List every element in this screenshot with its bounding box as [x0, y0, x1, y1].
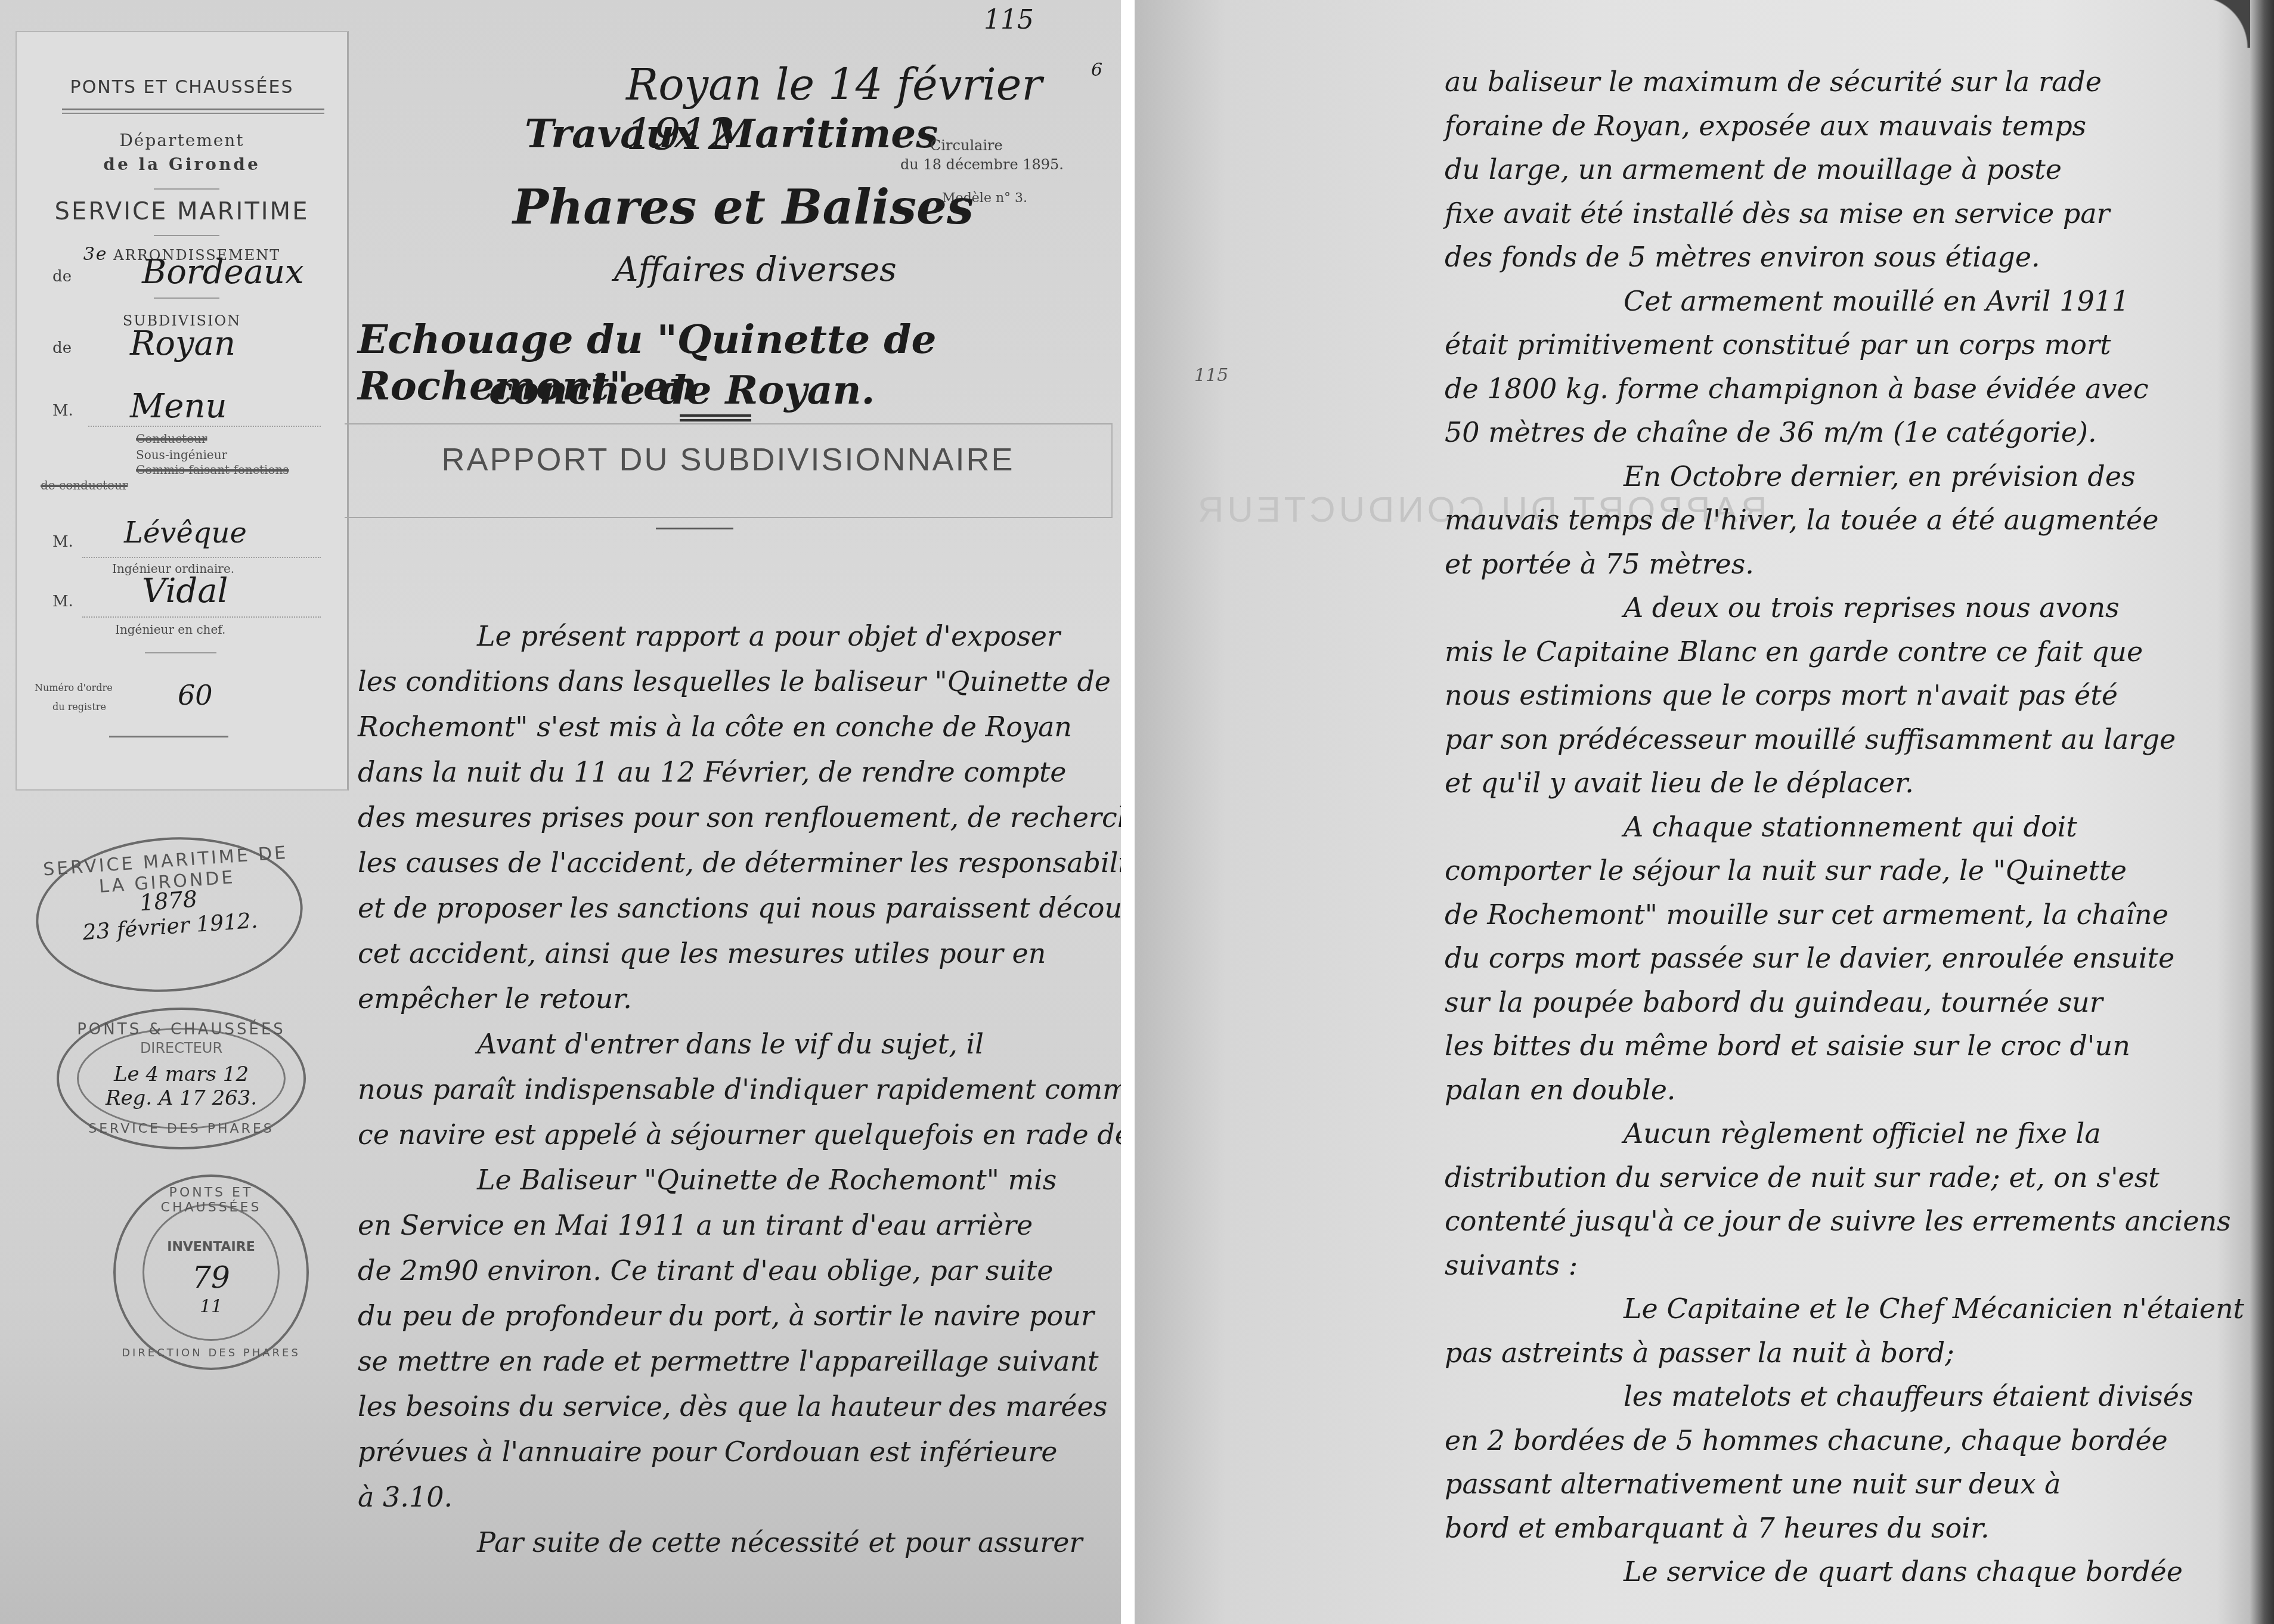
text-line: mauvais temps de l'hiver, la touée a été…	[1445, 504, 2159, 536]
text-line: Par suite de cette nécessité et pour ass…	[477, 1526, 1083, 1558]
text-line: les matelots et chauffeurs étaient divis…	[1624, 1380, 2194, 1412]
sous-ingenieur-label: Sous-ingénieur	[136, 448, 227, 462]
text-line: en 2 bordées de 5 hommes chacune, chaque…	[1445, 1424, 2168, 1456]
report-title-line-2: conche de Royan.	[489, 367, 875, 413]
text-line: au baliseur le maximum de sécurité sur l…	[1445, 66, 2102, 98]
divider	[109, 736, 228, 737]
text-line: et qu'il y avait lieu de le déplacer.	[1445, 767, 1914, 799]
text-line: contenté jusqu'à ce jour de suivre les e…	[1445, 1205, 2231, 1237]
divider	[154, 235, 219, 236]
text-line: empêcher le retour.	[358, 983, 632, 1015]
text-line: des fonds de 5 mètres environ sous étiag…	[1445, 241, 2040, 273]
text-line: 50 mètres de chaîne de 36 m/m (1e catégo…	[1445, 416, 2097, 448]
category-title: Affaires diverses	[614, 250, 897, 289]
text-line: par son prédécesseur mouillé suffisammen…	[1445, 723, 2176, 755]
double-rule	[62, 109, 324, 114]
text-line: nous estimions que le corps mort n'avait…	[1445, 679, 2118, 711]
struck-de-conducteur: de conducteur	[41, 478, 128, 492]
text-line: comporter le séjour la nuit sur rade, le…	[1445, 854, 2127, 887]
divider	[656, 528, 733, 529]
service-name: SERVICE MARITIME	[17, 198, 347, 225]
report-type-box: RAPPORT DU SUBDIVISIONNAIRE	[345, 423, 1113, 518]
stamp-ring-top: PONTS ET CHAUSSÉES	[116, 1185, 306, 1215]
page-corner	[2196, 0, 2250, 48]
text-line: en Service en Mai 1911 a un tirant d'eau…	[358, 1209, 1033, 1241]
text-line: suivants :	[1445, 1249, 1578, 1281]
subdivision-value: Royan	[130, 324, 236, 363]
directeur-stamp: PONTS & CHAUSSÉES DIRECTEUR Le 4 mars 12…	[57, 1008, 306, 1149]
text-line: palan en double.	[1445, 1074, 1676, 1106]
text-line: les conditions dans lesquelles le balise…	[358, 665, 1111, 698]
struck-conducteur: Conducteur	[136, 432, 207, 446]
text-line: des mesures prises pour son renflouement…	[358, 801, 1121, 833]
arrondissement-number: 3e	[83, 244, 108, 265]
stamp-date: Le 4 mars 12	[59, 1062, 303, 1086]
ingenieur-ordinaire-name: Lévêque	[124, 516, 247, 550]
ingenieur-chef-label: Ingénieur en chef.	[115, 622, 225, 637]
margin-note: 115	[1194, 365, 1228, 386]
page-gutter	[1121, 0, 1135, 1624]
text-line: et portée à 75 mètres.	[1445, 548, 1754, 580]
text-line: passant alternativement une nuit sur deu…	[1445, 1468, 2061, 1500]
text-line: sur la poupée babord du guindeau, tourné…	[1445, 986, 2103, 1018]
text-line: cet accident, ainsi que les mesures util…	[358, 937, 1046, 969]
circular-label: Circulaire	[930, 137, 1003, 154]
text-line: Le présent rapport a pour objet d'expose…	[477, 620, 1060, 652]
binding-edge	[2250, 0, 2274, 1624]
text-line: de 2m90 environ. Ce tirant d'eau oblige,…	[358, 1254, 1053, 1287]
stamp-ring-bottom: SERVICE DES PHARES	[59, 1121, 303, 1136]
subject-title: Phares et Balises	[513, 179, 974, 235]
department-label: Département	[17, 131, 347, 150]
arrondissement-value: Bordeaux	[142, 253, 304, 292]
report-type: RAPPORT DU SUBDIVISIONNAIRE	[345, 441, 1111, 478]
text-line: Aucun règlement officiel ne fixe la	[1624, 1117, 2101, 1149]
registre-value: 60	[178, 679, 213, 711]
double-underline	[680, 414, 751, 422]
text-line: Le Baliseur "Quinette de Rochemont" mis	[477, 1164, 1057, 1196]
department-name: de la Gironde	[17, 154, 347, 174]
text-line: les causes de l'accident, de déterminer …	[358, 847, 1121, 879]
m-label: M.	[52, 402, 73, 420]
text-line: Le Capitaine et le Chef Mécanicien n'éta…	[1624, 1293, 2244, 1325]
page-number: 115	[984, 5, 1034, 35]
text-line: dans la nuit du 11 au 12 Février, de ren…	[358, 756, 1067, 788]
text-line: du large, un armement de mouillage à pos…	[1445, 153, 2062, 185]
text-line: A deux ou trois reprises nous avons	[1624, 591, 2120, 624]
divider	[145, 652, 216, 653]
stamp-inner-top: DIRECTEUR	[59, 1040, 303, 1056]
service-maritime-stamp: SERVICE MARITIME DE LA GIRONDE 1878 23 f…	[31, 829, 308, 1001]
text-line: nous paraît indispensable d'indiquer rap…	[358, 1073, 1121, 1105]
circular-date: du 18 décembre 1895.	[900, 156, 1064, 173]
text-line: pas astreints à passer la nuit à bord;	[1445, 1337, 1954, 1369]
stamp-reg: Reg. A 17 263.	[59, 1086, 303, 1110]
text-line: se mettre en rade et permettre l'apparei…	[358, 1345, 1099, 1377]
subdivision-de: de	[52, 339, 72, 357]
m-label: M.	[52, 593, 73, 610]
text-line: Avant d'entrer dans le vif du sujet, il	[477, 1028, 984, 1060]
text-line: de Rochemont" mouille sur cet armement, …	[1445, 898, 2168, 931]
arrondissement-de: de	[52, 268, 72, 286]
registre-label-1: Numéro d'ordre	[35, 682, 113, 693]
text-line: ce navire est appelé à séjourner quelque…	[358, 1118, 1121, 1151]
struck-commis: Commis faisant fonctions	[136, 463, 289, 477]
right-page: RAPPORT DU CONDUCTEUR 115 au baliseur le…	[1135, 0, 2274, 1624]
left-page: PONTS ET CHAUSSÉES Département de la Gir…	[0, 0, 1121, 1624]
stamp-ring-top: PONTS & CHAUSSÉES	[59, 1021, 303, 1039]
inventaire-stamp: PONTS ET CHAUSSÉES INVENTAIRE 79 11 DIRE…	[113, 1174, 309, 1370]
text-line: du peu de profondeur du port, à sortir l…	[358, 1300, 1094, 1332]
dotted-line	[88, 426, 321, 427]
text-line: mis le Capitaine Blanc en garde contre c…	[1445, 636, 2143, 668]
divider	[154, 297, 219, 299]
divider	[154, 188, 219, 190]
text-line: bord et embarquant à 7 heures du soir.	[1445, 1512, 1990, 1544]
text-line: prévues à l'annuaire pour Cordouan est i…	[358, 1436, 1057, 1468]
text-line: A chaque stationnement qui doit	[1624, 811, 2077, 843]
text-line: fixe avait été installé dès sa mise en s…	[1445, 197, 2110, 230]
stamp-number: 79	[116, 1260, 306, 1295]
text-line: Rochemont" s'est mis à la côte en conche…	[358, 711, 1072, 743]
section-title: Travaux Maritimes	[525, 110, 938, 157]
ingenieur-chef-name: Vidal	[142, 572, 228, 610]
registre-label-2: du registre	[52, 701, 106, 712]
m-label: M.	[52, 533, 73, 551]
text-line: foraine de Royan, exposée aux mauvais te…	[1445, 110, 2086, 142]
text-line: du corps mort passée sur le davier, enro…	[1445, 942, 2174, 974]
stamp-sub: 11	[116, 1296, 306, 1317]
text-line: Le service de quart dans chaque bordée	[1624, 1555, 2183, 1588]
text-line: En Octobre dernier, en prévision des	[1624, 460, 2136, 492]
text-line: et de proposer les sanctions qui nous pa…	[358, 892, 1121, 924]
text-line: distribution du service de nuit sur rade…	[1445, 1161, 2160, 1194]
dotted-line	[82, 557, 321, 558]
text-line: à 3.10.	[358, 1481, 453, 1513]
subdivisionnaire-name: Menu	[130, 387, 227, 426]
stamp-inner-label: INVENTAIRE	[116, 1239, 306, 1254]
text-line: les bittes du même bord et saisie sur le…	[1445, 1030, 2130, 1062]
text-line: Cet armement mouillé en Avril 1911	[1624, 285, 2129, 317]
dotted-line	[82, 616, 321, 618]
letterhead-panel: PONTS ET CHAUSSÉES Département de la Gir…	[16, 31, 349, 791]
text-line: de 1800 kg. forme champignon à base évid…	[1445, 373, 2149, 405]
stamp-ring-bottom: DIRECTION DES PHARES	[116, 1347, 306, 1359]
text-line: était primitivement constitué par un cor…	[1445, 328, 2111, 361]
org-name: PONTS ET CHAUSSÉES	[17, 77, 347, 98]
text-line: les besoins du service, dès que la haute…	[358, 1390, 1107, 1422]
